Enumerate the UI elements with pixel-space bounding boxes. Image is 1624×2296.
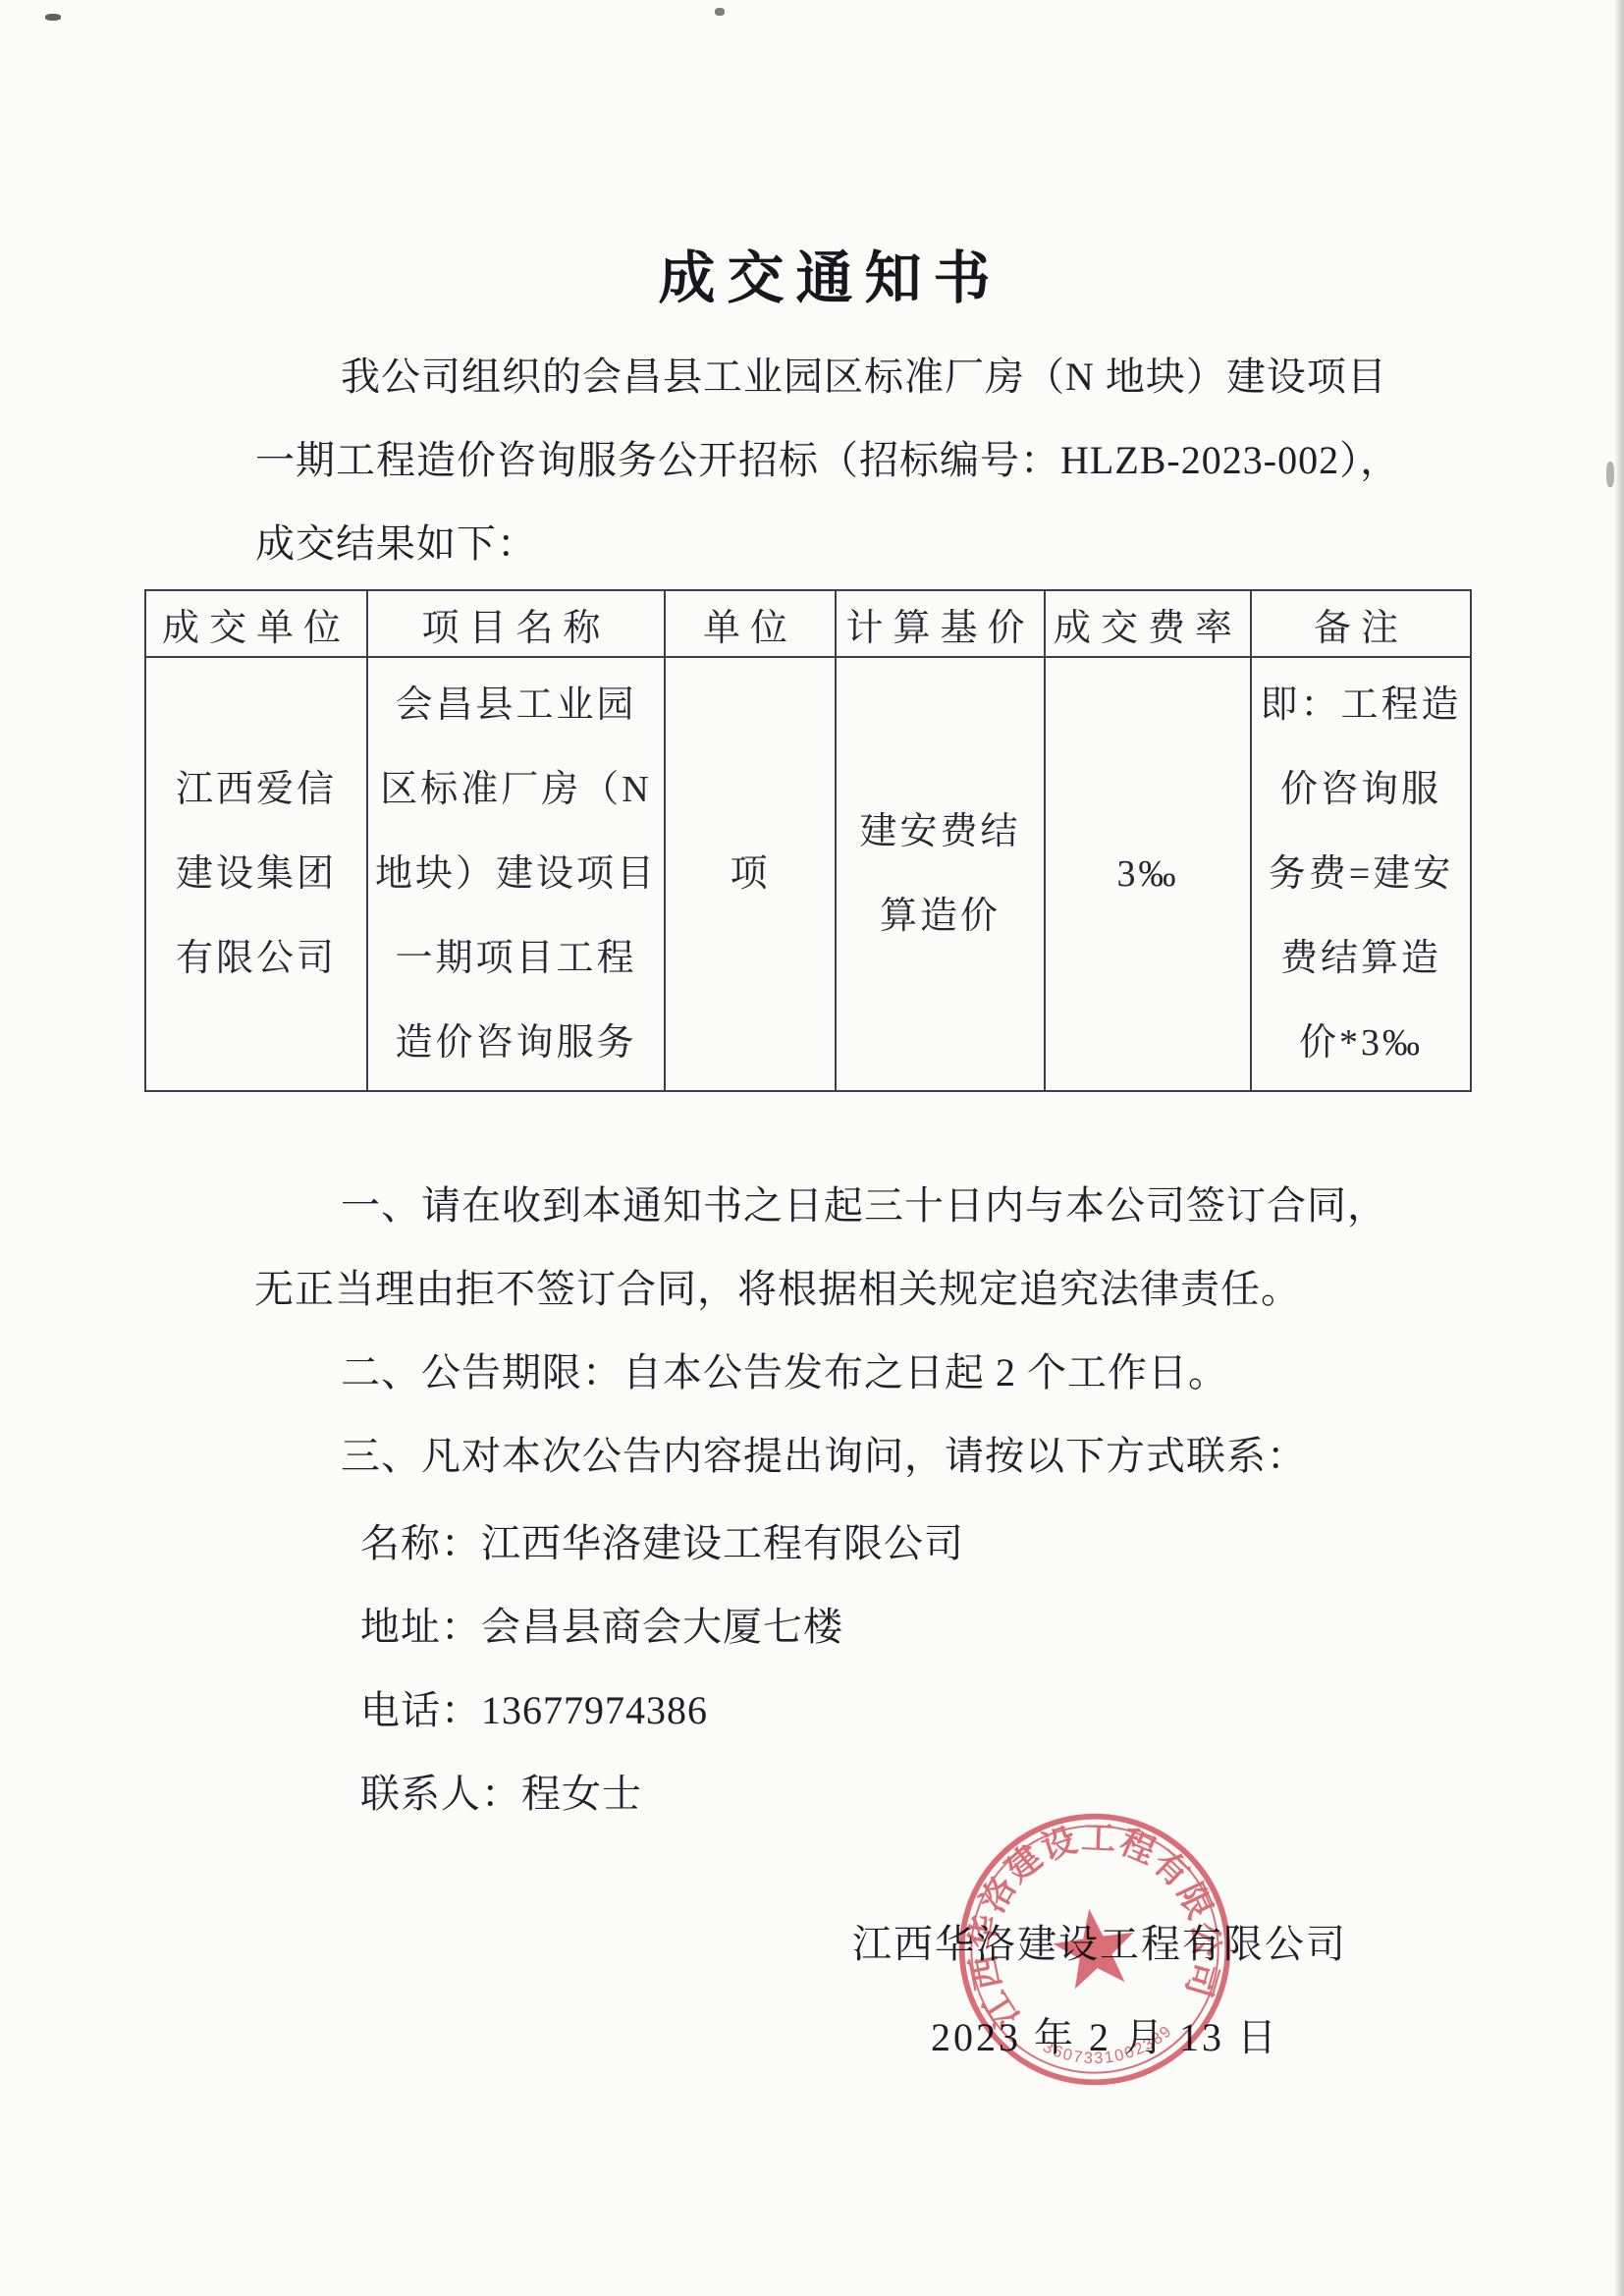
intro-line-3: 成交结果如下： <box>255 513 537 569</box>
contact-person-line: 联系人：程女士 <box>360 1763 642 1819</box>
award-result-table: 成交单位 项目名称 单位 计算基价 成交费率 备注 江西爱信 建设集团 有限公司… <box>144 589 1472 1092</box>
note-item-1-line-1: 一、请在收到本通知书之日起三十日内与本公司签订合同， <box>341 1175 1387 1230</box>
contact-person-label: 联系人： <box>360 1772 521 1816</box>
contact-address-value: 会昌县商会大厦七楼 <box>481 1605 843 1649</box>
col-header-base-price: 计算基价 <box>836 590 1045 657</box>
table-header-row: 成交单位 项目名称 单位 计算基价 成交费率 备注 <box>145 590 1471 657</box>
cell-winner: 江西爱信 建设集团 有限公司 <box>145 657 367 1091</box>
col-header-rate: 成交费率 <box>1045 590 1251 657</box>
cell-remark: 即：工程造 价咨询服 务费=建安 费结算造 价*3‰ <box>1251 657 1471 1091</box>
col-header-project: 项目名称 <box>367 590 665 657</box>
note-item-2: 二、公告期限：自本公告发布之日起 2 个工作日。 <box>341 1341 1228 1397</box>
contact-name-line: 名称：江西华洛建设工程有限公司 <box>360 1512 964 1568</box>
scan-edge-shadow <box>1614 0 1624 2296</box>
contact-phone-value: 13677974386 <box>481 1688 708 1732</box>
star-icon <box>1049 1903 1140 1991</box>
table-row: 江西爱信 建设集团 有限公司 会昌县工业园 区标准厂房（N 地块）建设项目 一期… <box>145 657 1471 1091</box>
contact-person-value: 程女士 <box>521 1772 642 1816</box>
scanned-document-page: 成交通知书 我公司组织的会昌县工业园区标准厂房（N 地块）建设项目 一期工程造价… <box>0 0 1624 2296</box>
cell-rate: 3‰ <box>1045 657 1251 1091</box>
col-header-remark: 备注 <box>1251 590 1471 657</box>
contact-phone-line: 电话：13677974386 <box>360 1679 708 1735</box>
contact-address-label: 地址： <box>360 1605 481 1649</box>
col-header-unit: 单位 <box>665 590 836 657</box>
intro-line-1: 我公司组织的会昌县工业园区标准厂房（N 地块）建设项目 <box>341 346 1387 402</box>
cell-unit: 项 <box>665 657 836 1091</box>
contact-phone-label: 电话： <box>360 1688 481 1732</box>
note-item-3: 三、凡对本次公告内容提出询问，请按以下方式联系： <box>341 1425 1307 1481</box>
scan-artifact <box>1606 462 1614 487</box>
note-item-1-line-2: 无正当理由拒不签订合同，将根据相关规定追究法律责任。 <box>254 1258 1301 1314</box>
contact-name-label: 名称： <box>360 1521 481 1565</box>
page-title: 成交通知书 <box>255 232 1405 314</box>
company-seal-stamp: 江西华洛建设工程有限公司 3607331002389 <box>934 1788 1256 2110</box>
scan-artifact <box>45 14 61 21</box>
scan-artifact <box>715 8 725 16</box>
contact-address-line: 地址：会昌县商会大厦七楼 <box>360 1596 843 1652</box>
intro-line-2: 一期工程造价咨询服务公开招标（招标编号：HLZB-2023-002）， <box>255 429 1400 485</box>
cell-base-price: 建安费结 算造价 <box>836 657 1045 1091</box>
cell-project: 会昌县工业园 区标准厂房（N 地块）建设项目 一期项目工程 造价咨询服务 <box>367 657 665 1091</box>
col-header-winner: 成交单位 <box>145 590 367 657</box>
contact-name-value: 江西华洛建设工程有限公司 <box>481 1521 964 1565</box>
